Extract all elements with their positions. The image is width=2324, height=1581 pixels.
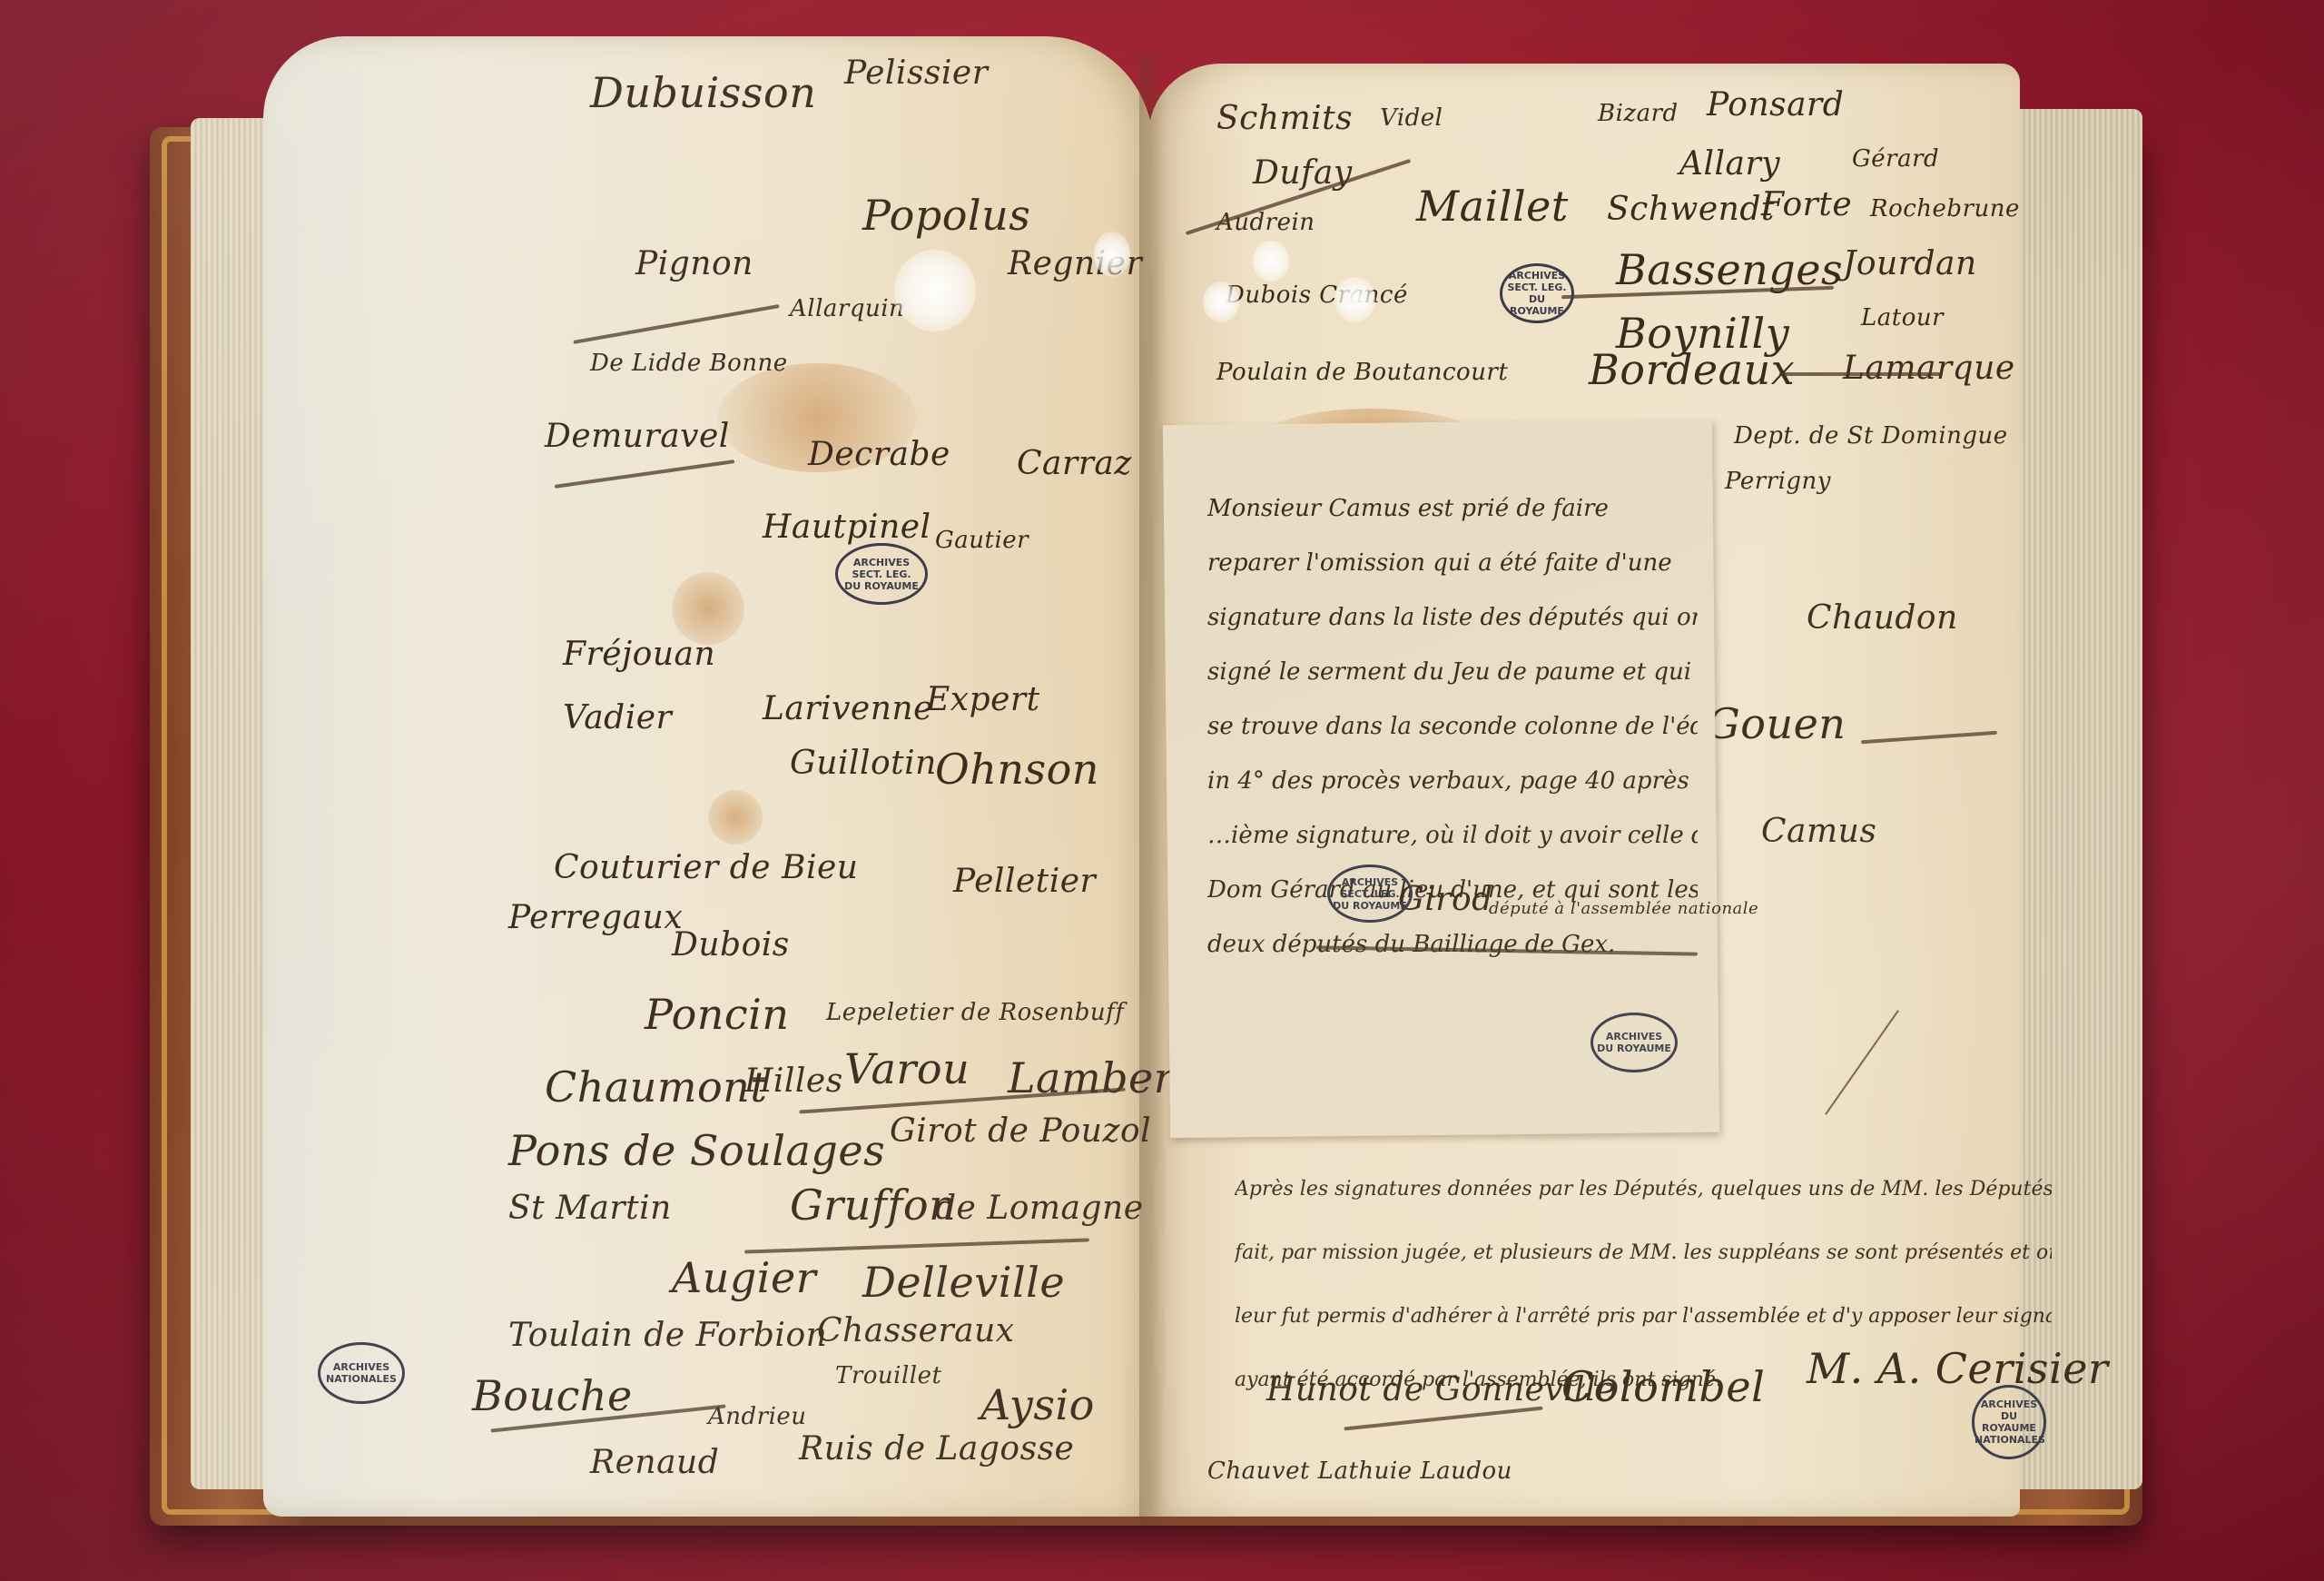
signature: Pons de Soulages (508, 1126, 885, 1175)
glass-reflection (1203, 282, 1239, 322)
signature: Gruffon (790, 1181, 956, 1230)
signature: Popolus (862, 191, 1030, 240)
signature: Chaumont (545, 1062, 767, 1112)
book-gutter (1139, 54, 1167, 1526)
signature: Pelletier (953, 863, 1096, 900)
signature: Latour (1861, 304, 1944, 331)
signature: Fréjouan (563, 636, 715, 673)
glass-reflection (1334, 277, 1375, 322)
signature: Aysio (980, 1380, 1095, 1429)
signature: Larivenne (763, 690, 933, 727)
signature: Audrein (1216, 209, 1315, 236)
signature: Couturier de Bieu (554, 849, 859, 886)
signature: Schwendt (1607, 191, 1775, 228)
signature: Varou (844, 1044, 970, 1093)
signature: Poncin (645, 990, 790, 1039)
signature: Bordeaux (1589, 345, 1795, 394)
signature: M. A. Cerisier (1807, 1344, 2108, 1393)
signature: Lamarque (1843, 350, 2015, 387)
signature: Renaud (590, 1444, 719, 1481)
signature: Bizard (1598, 100, 1679, 127)
signature: Ohnson (935, 745, 1099, 794)
signature: Videl (1380, 104, 1443, 132)
signature: Gouen (1707, 699, 1846, 748)
glass-reflection (1253, 241, 1289, 282)
signature: Allarquin (790, 295, 904, 322)
archive-stamp: ARCHIVESDU ROYAUMENATIONALES (1972, 1385, 2046, 1459)
signature-flourish (1779, 372, 1943, 376)
signature: Dubois Crancé (1226, 282, 1408, 309)
signature: de Lomagne (935, 1190, 1144, 1227)
signature: Decrabe (808, 436, 950, 473)
signature: Dubuisson (590, 68, 816, 117)
signature: Girot de Pouzol (890, 1112, 1151, 1150)
signature: Trouillet (835, 1362, 941, 1389)
signature: Gautier (935, 527, 1029, 554)
signature: Pignon (635, 245, 753, 282)
signature: Dept. de St Domingue (1734, 422, 2008, 450)
signature: Chauvet Lathuie Laudou (1207, 1457, 1512, 1485)
signature: Hilles (744, 1062, 843, 1100)
signature: Vadier (563, 699, 672, 736)
signature: Toulain de Forbion (508, 1317, 827, 1354)
signature: Ruis de Lagosse (799, 1430, 1074, 1467)
signature: Demuravel (545, 418, 730, 455)
signature: Dubois (672, 926, 790, 963)
archive-stamp: ARCHIVESDU ROYAUME (1590, 1013, 1678, 1072)
signature: Pelissier (844, 54, 988, 92)
glass-reflection (1094, 232, 1130, 277)
archive-stamp: ARCHIVESSECT. LEG.DU ROYAUME (1327, 865, 1413, 923)
archive-stamp: ARCHIVESSECT. LEG.DU ROYAUME (1500, 263, 1574, 323)
signature: Maillet (1416, 182, 1569, 231)
signature: St Martin (508, 1190, 672, 1227)
signature: Carraz (1017, 445, 1132, 482)
signature: Poulain de Boutancourt (1216, 359, 1508, 386)
signature: Perregaux (508, 899, 683, 936)
archive-stamp: ARCHIVESNATIONALES (318, 1342, 405, 1404)
archive-stamp: ARCHIVESSECT. LEG.DU ROYAUME (835, 543, 928, 605)
signature: Perrigny (1725, 468, 1831, 495)
letter-signature-title: député à l'assemblée nationale (1489, 899, 1758, 918)
signature: De Lidde Bonne (590, 350, 788, 377)
signature: Augier (672, 1253, 816, 1302)
signature: Colombel (1561, 1362, 1765, 1411)
signature: Bouche (472, 1371, 633, 1420)
water-stain (708, 790, 763, 845)
signature: Lepeletier de Rosenbuff (826, 999, 1124, 1026)
signature: Delleville (862, 1258, 1065, 1307)
signature: Expert (926, 681, 1040, 718)
signature: Gérard (1852, 145, 1939, 173)
water-stain (672, 572, 744, 645)
signature: Ponsard (1707, 86, 1844, 124)
signature: Guillotin (790, 745, 937, 782)
signature: Camus (1761, 813, 1876, 850)
glass-reflection (894, 250, 976, 331)
signature: Chaudon (1807, 599, 1958, 637)
letter-signature: Girod (1398, 881, 1493, 918)
signature: Forte (1761, 186, 1852, 223)
signature: Rochebrune (1870, 195, 2020, 222)
signature: Jourdan (1843, 245, 1977, 282)
signature: Schmits (1216, 100, 1353, 137)
signature: Allary (1679, 145, 1780, 183)
signature: Hautpinel (763, 509, 931, 546)
signature: Chasseraux (817, 1312, 1015, 1349)
